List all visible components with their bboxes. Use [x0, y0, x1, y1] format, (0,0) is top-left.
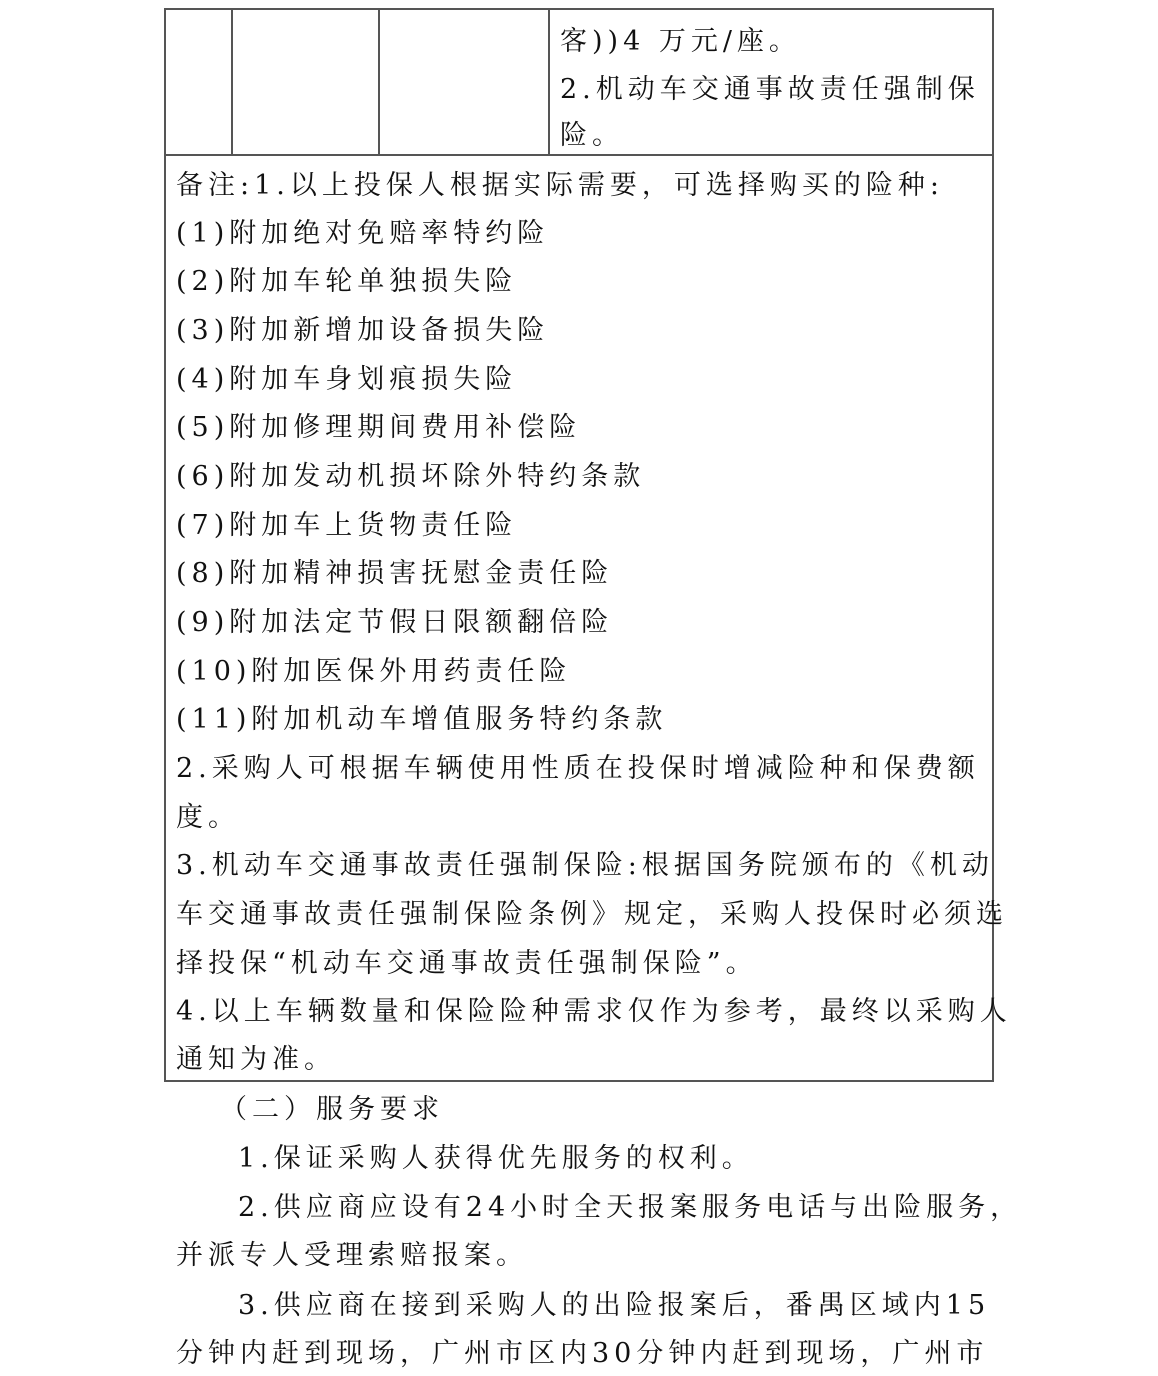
notes-line: 度。	[176, 800, 240, 836]
table-col-divider-2	[378, 8, 380, 155]
notes-line: 备注:1.以上投保人根据实际需要，可选择购买的险种:	[176, 168, 944, 204]
paragraph-line: 分钟内赶到现场，广州市区内30分钟内赶到现场，广州市	[176, 1336, 988, 1372]
notes-line: (6)附加发动机损坏除外特约条款	[176, 459, 645, 495]
table-border-top	[164, 8, 994, 10]
notes-line: (2)附加车轮单独损失险	[176, 264, 517, 300]
table-border-left	[164, 8, 166, 1082]
notes-line: 车交通事故责任强制保险条例》规定，采购人投保时必须选	[176, 897, 1008, 933]
notes-line: (7)附加车上货物责任险	[176, 508, 517, 544]
table-border-bottom	[164, 1080, 994, 1082]
section-heading: （二）服务要求	[220, 1092, 444, 1128]
notes-line: (4)附加车身划痕损失险	[176, 362, 517, 398]
table-col-divider-3	[548, 8, 550, 155]
paragraph-line: 2.供应商应设有24小时全天报案服务电话与出险服务，	[238, 1190, 1022, 1226]
notes-line: (11)附加机动车增值服务特约条款	[176, 702, 667, 738]
notes-line: (1)附加绝对免赔率特约险	[176, 216, 549, 252]
notes-line: (5)附加修理期间费用补偿险	[176, 410, 581, 446]
notes-line: 2.采购人可根据车辆使用性质在投保时增减险种和保费额	[176, 751, 980, 787]
table-cell-text: 2.机动车交通事故责任强制保	[560, 72, 980, 108]
notes-line: (8)附加精神损害抚慰金责任险	[176, 556, 613, 592]
document-page: 客))4 万元/座。 2.机动车交通事故责任强制保 险。 备注:1.以上投保人根…	[0, 0, 1158, 1376]
notes-line: 通知为准。	[176, 1042, 336, 1078]
notes-line: (3)附加新增加设备损失险	[176, 313, 549, 349]
notes-line: 3.机动车交通事故责任强制保险:根据国务院颁布的《机动	[176, 848, 994, 884]
table-cell-text: 客))4 万元/座。	[560, 24, 801, 60]
paragraph-line: 1.保证采购人获得优先服务的权利。	[238, 1141, 754, 1177]
paragraph-line: 并派专人受理索赔报案。	[176, 1238, 528, 1274]
notes-line: 4.以上车辆数量和保险险种需求仅作为参考，最终以采购人	[176, 994, 1012, 1030]
notes-line: 择投保“机动车交通事故责任强制保险”。	[176, 946, 758, 982]
paragraph-line: 3.供应商在接到采购人的出险报案后，番禺区域内15	[238, 1288, 990, 1324]
table-row-divider	[164, 154, 994, 156]
table-cell-text: 险。	[560, 118, 624, 154]
table-col-divider-1	[231, 8, 233, 155]
notes-line: (10)附加医保外用药责任险	[176, 654, 571, 690]
notes-line: (9)附加法定节假日限额翻倍险	[176, 605, 613, 641]
